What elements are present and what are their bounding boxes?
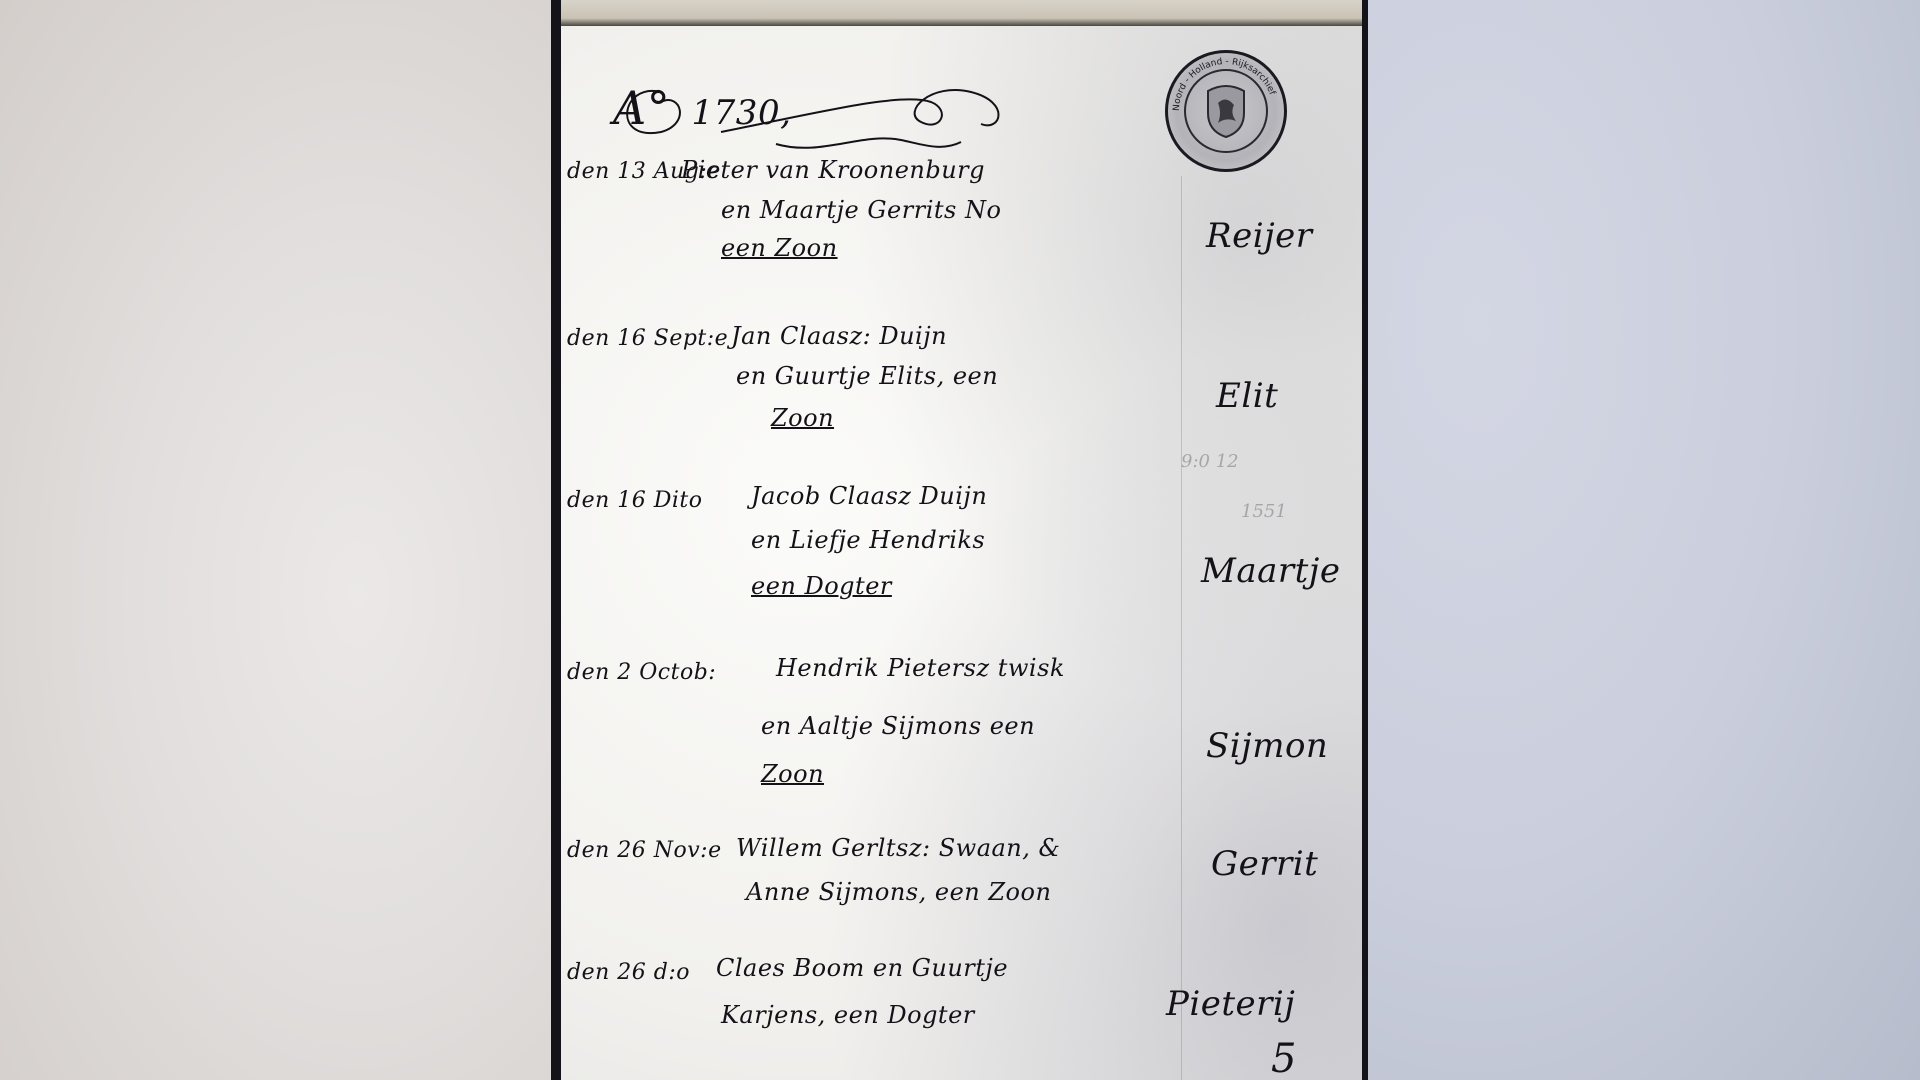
blurred-background-left	[0, 0, 551, 1080]
svg-text:Noord - Holland - Rijksarchief: Noord - Holland - Rijksarchief	[1172, 57, 1277, 111]
entry-1-line-3: een Zoon	[721, 234, 838, 262]
margin-rule	[1181, 176, 1182, 1080]
entry-3-line-3: een Dogter	[751, 572, 892, 600]
entry-3-line-2: en Liefje Hendriks	[751, 526, 985, 554]
entry-5-line-1: Willem Gerltsz: Swaan, &	[736, 834, 1060, 862]
archive-seal-stamp: Noord - Holland - Rijksarchief	[1165, 50, 1287, 172]
entry-4-line-2: en Aaltje Sijmons een	[761, 712, 1035, 740]
register-page-photo: A° 1730, Noord - Holland - Rijksarchief …	[551, 0, 1368, 1080]
entry-2-line-2: en Guurtje Elits, een	[736, 362, 998, 390]
entry-6-line-1: Claes Boom en Guurtje	[716, 954, 1008, 982]
entry-3-child-name: Maartje	[1201, 551, 1340, 591]
blurred-background-right	[1368, 0, 1920, 1080]
entry-3-date: den 16 Dito	[567, 488, 703, 513]
entry-2-line-1: Jan Claasz: Duijn	[731, 322, 947, 350]
entry-1-line-1: Pieter van Kroonenburg	[681, 156, 985, 184]
entry-4-line-1: Hendrik Pietersz twisk	[776, 654, 1065, 682]
entry-5-child-name: Gerrit	[1211, 844, 1318, 884]
page-number: 5	[1271, 1036, 1296, 1080]
entry-5-line-2: Anne Sijmons, een Zoon	[746, 878, 1051, 906]
margin-note-1: 9:0 12	[1181, 451, 1239, 472]
entry-1-line-2: en Maartje Gerrits No	[721, 196, 1001, 224]
entry-5-date: den 26 Nov:e	[567, 838, 722, 863]
entry-3-line-1: Jacob Claasz Duijn	[751, 482, 987, 510]
seal-inscription: Noord - Holland - Rijksarchief	[1168, 53, 1284, 169]
entry-4-child-name: Sijmon	[1206, 726, 1328, 766]
anno-abbreviation: A°	[613, 81, 670, 135]
entry-2-date: den 16 Sept:e	[567, 326, 728, 351]
year: 1730,	[692, 93, 792, 133]
entry-4-line-3: Zoon	[761, 760, 824, 788]
paper-sheet: A° 1730, Noord - Holland - Rijksarchief …	[561, 26, 1362, 1080]
paper-top-edge	[561, 0, 1362, 26]
entry-4-date: den 2 Octob:	[567, 660, 716, 685]
entry-1-child-name: Reijer	[1206, 216, 1313, 256]
entry-6-line-2: Karjens, een Dogter	[721, 1001, 975, 1029]
entry-6-date: den 26 d:o	[567, 960, 690, 985]
margin-note-2: 1551	[1241, 501, 1287, 522]
entry-2-line-3: Zoon	[771, 404, 834, 432]
entry-6-child-name: Pieterij	[1166, 984, 1295, 1024]
register-year-heading: A° 1730,	[613, 81, 791, 135]
entry-2-child-name: Elit	[1216, 376, 1278, 416]
